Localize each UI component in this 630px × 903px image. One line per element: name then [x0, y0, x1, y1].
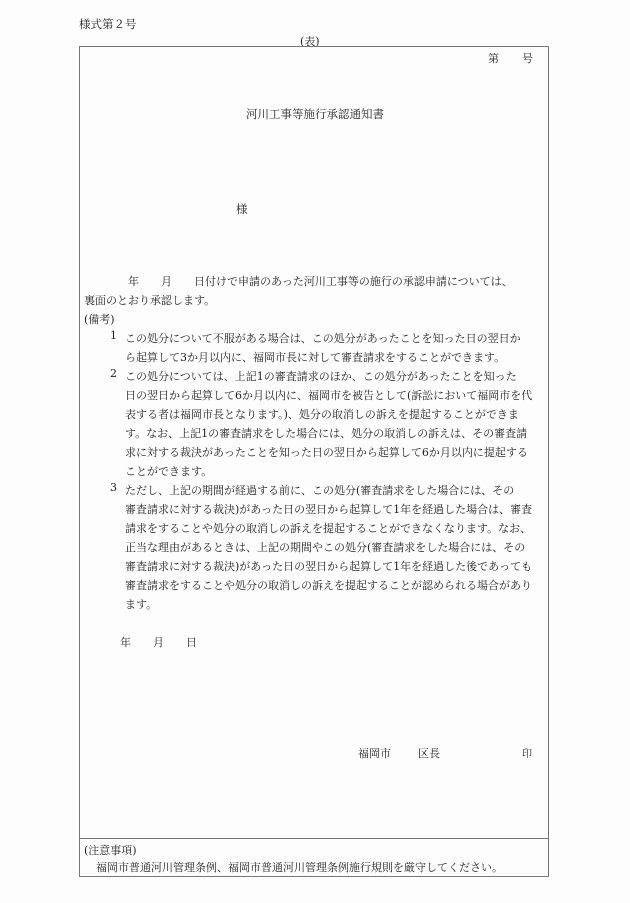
remark-line: この処分については、上記1の審査請求のほか、この処分があったことを知った: [125, 367, 544, 386]
remark-line: 審査請求に対する裁決)があった日の翌日から起算して1年を経過した場合は、審査: [125, 500, 544, 519]
seal-mark: 印: [522, 745, 532, 760]
intro-line: 年 月 日付けで申請のあった河川工事等の施行の承認申請については、: [84, 272, 544, 291]
remark-line: 日の翌日から起算して6か月以内に、福岡市を被告として(訴訟において福岡市を代: [125, 386, 544, 405]
remark-line: 審査請求に対する裁決)があった日の翌日から起算して1年を経過した後であっても: [125, 557, 544, 576]
remark-number: 2: [84, 367, 125, 481]
addressee-honorific: 様: [236, 201, 248, 217]
remark-line: この処分について不服がある場合は、この処分があったことを知った日の翌日か: [125, 329, 544, 348]
issuer-title: 区長: [418, 745, 440, 761]
remark-line: 表する者は福岡市長となります。)、処分の取消しの訴えを提起することができま: [125, 405, 544, 424]
remark-item-1: 1 この処分について不服がある場合は、この処分があったことを知った日の翌日か ら…: [84, 329, 544, 367]
remark-line: す。なお、上記1の審査請求をした場合には、処分の取消しの訴えは、その審査請: [125, 424, 544, 443]
remark-item-3: 3 ただし、上記の期間が経過する前に、この処分(審査請求をした場合には、その 審…: [84, 481, 544, 614]
form-number: 様式第２号: [79, 16, 137, 32]
issue-date: 年 月 日: [120, 634, 197, 650]
notes-text: 福岡市普通河川管理条例、福岡市普通河川管理条例施行規則を厳守してください。: [96, 859, 503, 875]
remark-number: 1: [84, 329, 125, 367]
notes-heading: (注意事項): [84, 842, 137, 858]
remark-item-2: 2 この処分については、上記1の審査請求のほか、この処分があったことを知った 日…: [84, 367, 544, 481]
document-number-label: 第: [488, 50, 499, 66]
intro-line: 裏面のとおり承認します。: [84, 291, 544, 310]
document-body: 年 月 日付けで申請のあった河川工事等の施行の承認申請については、 裏面のとおり…: [84, 272, 544, 614]
remark-line: 求に対する裁決があったことを知った日の翌日から起算して6か月以内に提起する: [125, 443, 544, 462]
remark-line: ことができます。: [125, 462, 544, 481]
document-number-suffix: 号: [522, 50, 533, 66]
remark-line: ます。: [125, 595, 544, 614]
remark-line: ただし、上記の期間が経過する前に、この処分(審査請求をした場合には、その: [125, 481, 544, 500]
remark-line: ら起算して3か月以内に、福岡市長に対して審査請求をすることができます。: [125, 348, 544, 367]
issuer-city: 福岡市: [358, 745, 391, 761]
remark-number: 3: [84, 481, 125, 614]
remark-line: 審査請求をすることや処分の取消しの訴えを提起することが認められる場合があり: [125, 576, 544, 595]
remark-line: 請求をすることや処分の取消しの訴えを提起することができなくなります。なお、: [125, 519, 544, 538]
remark-line: 正当な理由があるときは、上記の期間やこの処分(審査請求をした場合には、その: [125, 538, 544, 557]
document-title: 河川工事等施行承認通知書: [246, 106, 384, 122]
remarks-heading: (備考): [84, 310, 544, 329]
